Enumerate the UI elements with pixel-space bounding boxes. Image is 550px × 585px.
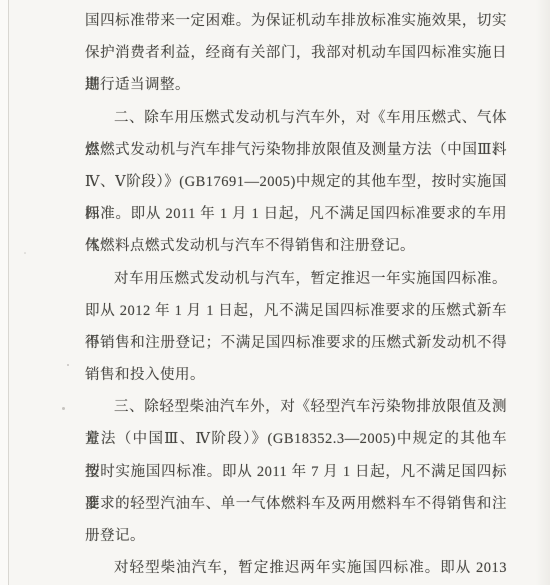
text-line: 方法（中国Ⅲ、Ⅳ阶段）》(GB18352.3—2005)中规定的其他车型，: [85, 423, 507, 455]
scanned-document-page: 国四标准带来一定困难。为保证机动车排放标准实施效果，切实保护消费者利益，经商有关…: [0, 0, 550, 585]
text-line: 二、除车用压燃式发动机与汽车外，对《车用压燃式、气体燃料: [85, 102, 507, 134]
scan-artifact-dot: [67, 364, 69, 366]
text-line: 三、除轻型柴油汽车外，对《轻型汽车污染物排放限值及测量: [85, 391, 507, 423]
text-line: 进行适当调整。: [85, 69, 507, 101]
scan-left-edge: [0, 0, 9, 585]
text-line: 得销售和注册登记；不满足国四标准要求的压燃式新发动机不得: [85, 327, 507, 359]
scan-right-edge-shade: [536, 0, 550, 585]
text-line: 册登记。: [85, 520, 507, 552]
text-line: 按时实施国四标准。即从 2011 年 7 月 1 日起，凡不满足国四标准: [85, 456, 507, 488]
text-line: Ⅳ、Ⅴ阶段）》(GB17691—2005)中规定的其他车型，按时实施国四: [85, 166, 507, 198]
text-line: 对轻型柴油汽车，暂定推迟两年实施国四标准。即从 2013 年: [85, 552, 507, 584]
text-line: 即从 2012 年 1 月 1 日起，凡不满足国四标准要求的压燃式新车不: [85, 295, 507, 327]
document-body: 国四标准带来一定困难。为保证机动车排放标准实施效果，切实保护消费者利益，经商有关…: [85, 5, 507, 584]
scan-artifact-dot: [24, 252, 26, 254]
text-line: 标准。即从 2011 年 1 月 1 日起，凡不满足国四标准要求的车用气: [85, 198, 507, 230]
scan-artifact-dot: [62, 407, 65, 410]
text-line: 销售和投入使用。: [85, 359, 507, 391]
text-line: 保护消费者利益，经商有关部门，我部对机动车国四标准实施日期: [85, 37, 507, 69]
text-line: 点燃式发动机与汽车排气污染物排放限值及测量方法（中国Ⅲ、: [85, 134, 507, 166]
text-line: 体燃料点燃式发动机与汽车不得销售和注册登记。: [85, 230, 507, 262]
text-line: 要求的轻型汽油车、单一气体燃料车及两用燃料车不得销售和注: [85, 488, 507, 520]
text-line: 国四标准带来一定困难。为保证机动车排放标准实施效果，切实: [85, 5, 507, 37]
text-line: 对车用压燃式发动机与汽车，暂定推迟一年实施国四标准。: [85, 263, 507, 295]
